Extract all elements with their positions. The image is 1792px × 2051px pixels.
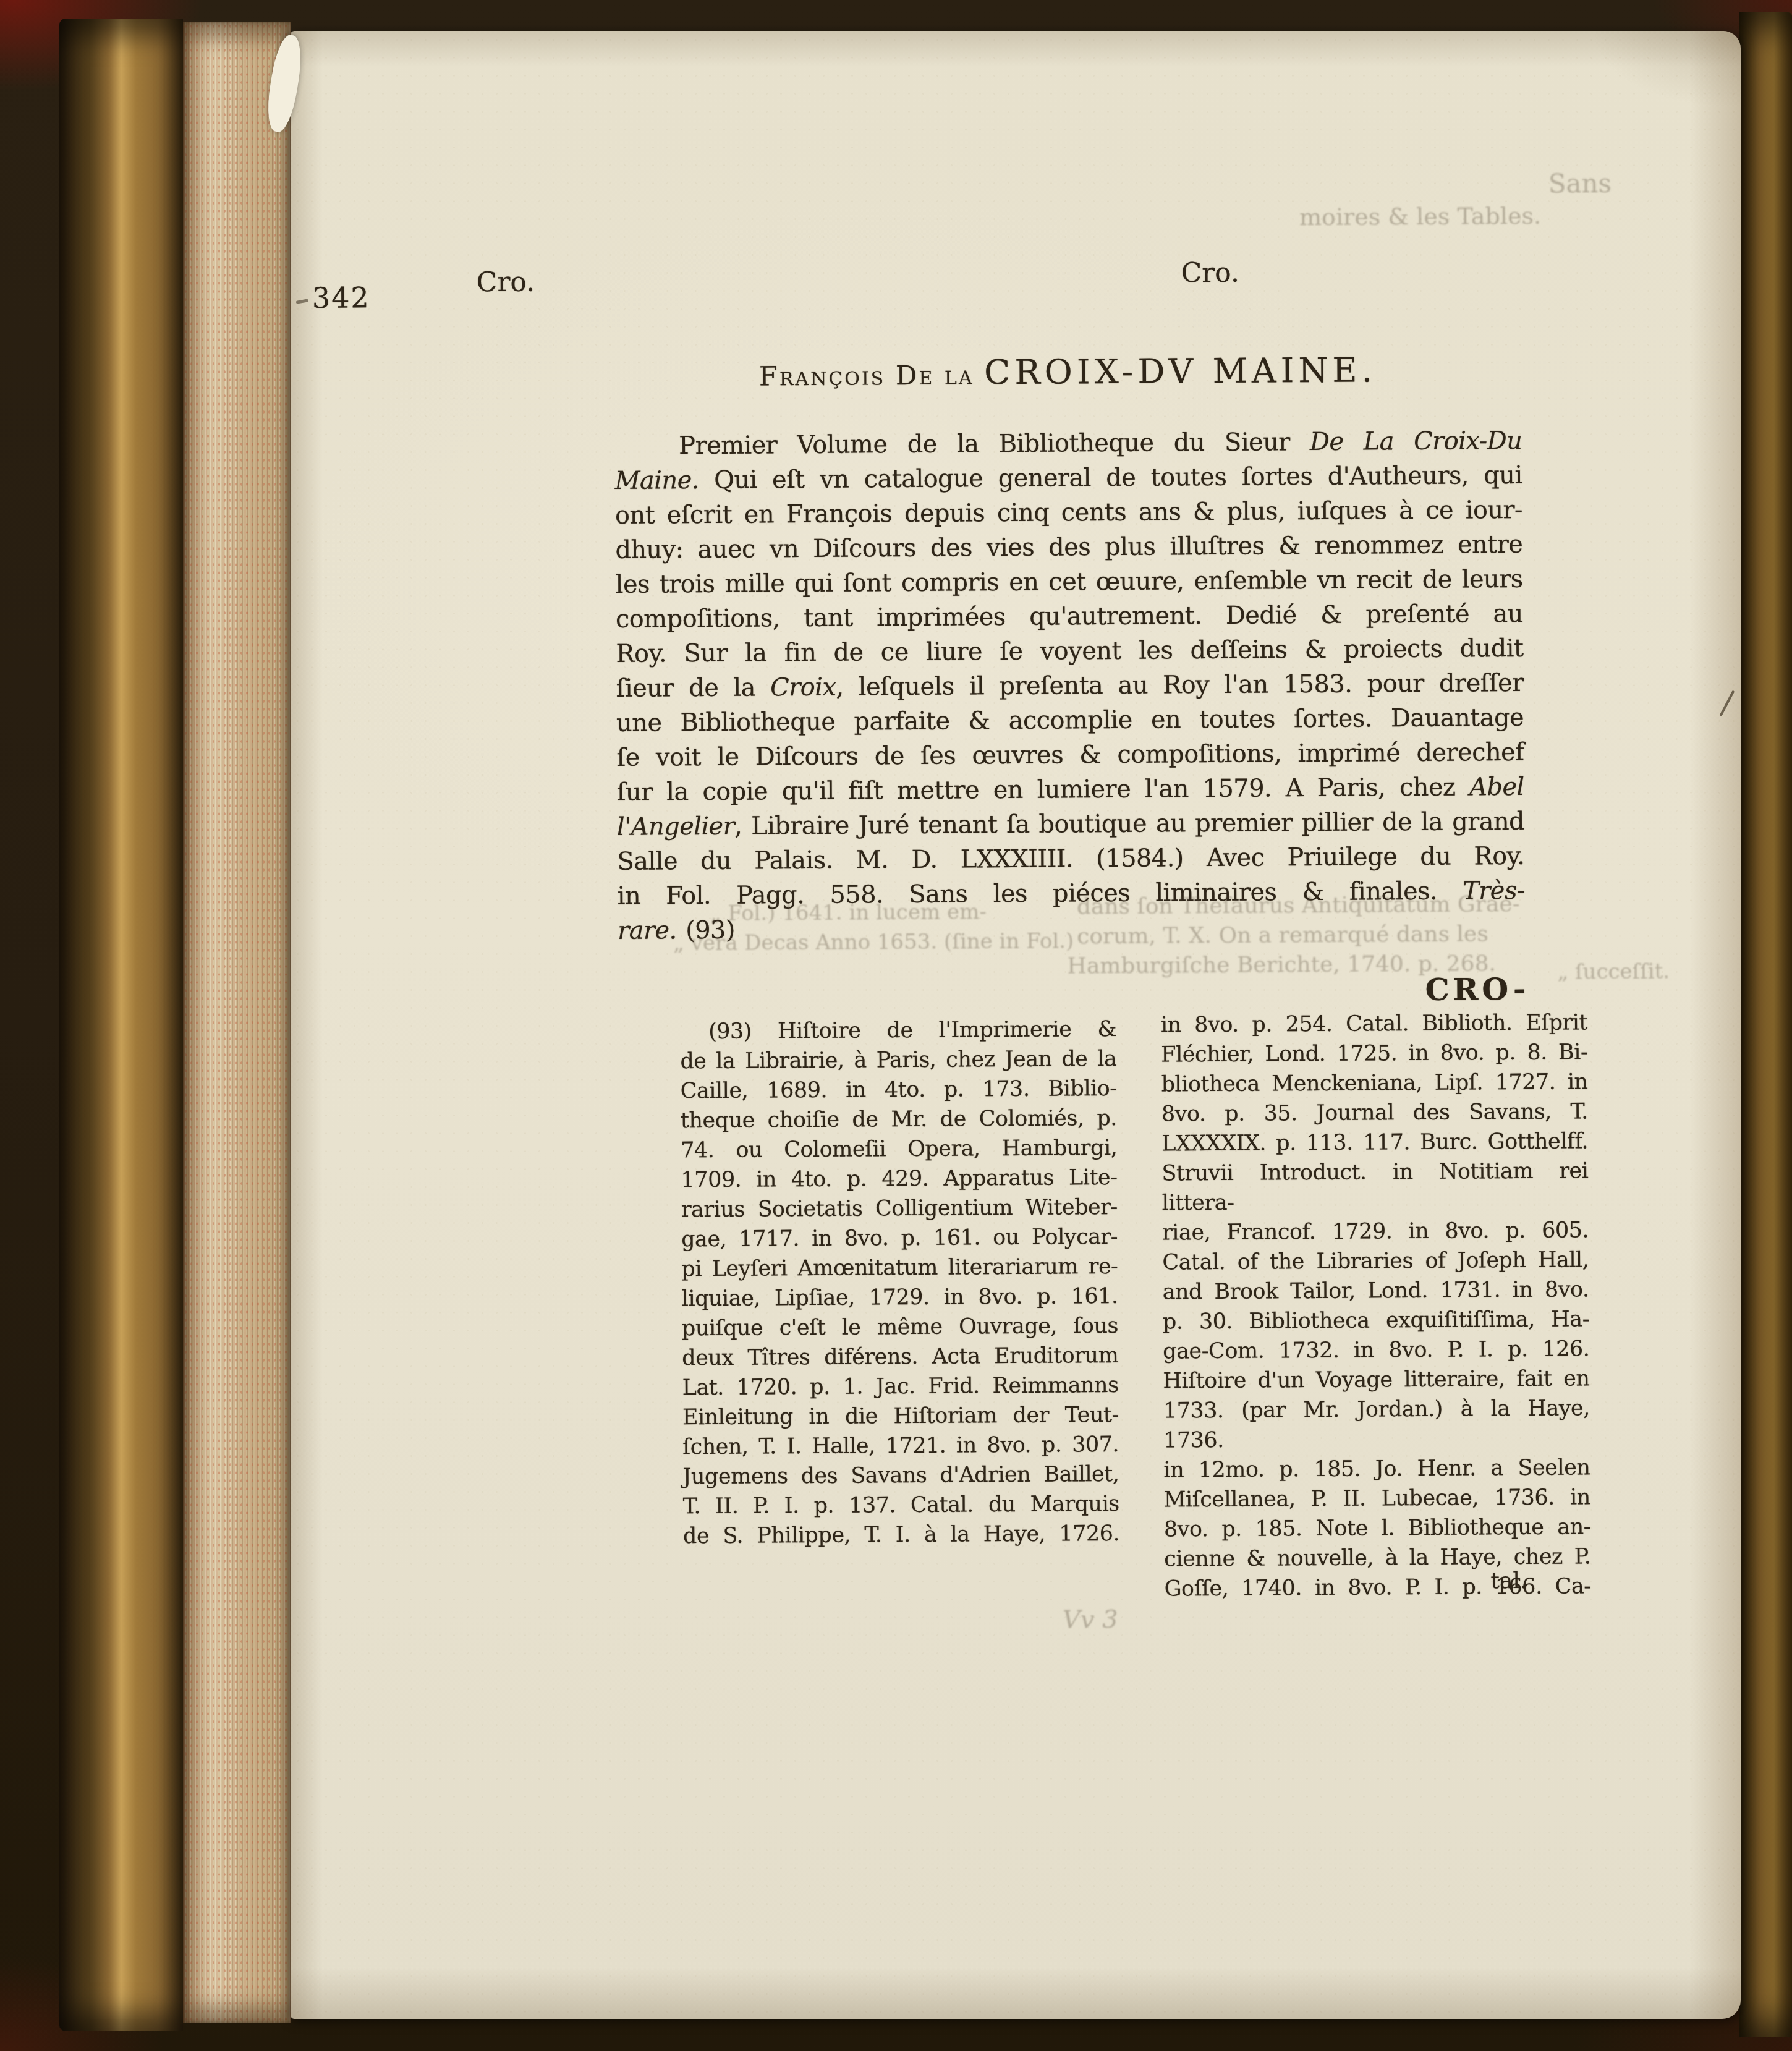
- text-segment: ſieur de la: [616, 673, 771, 703]
- text-line: Catal. of the Libraries of Joſeph Hall,: [1162, 1245, 1589, 1277]
- text-line: une Bibliotheque parfaite & accomplie en…: [616, 700, 1524, 741]
- ghost-fragment: Sans: [1548, 168, 1612, 199]
- text-line: 1709. in 4to. p. 429. Apparatus Lite-: [681, 1163, 1117, 1195]
- text-line: Struvii Introduct. in Notitiam rei litte…: [1161, 1156, 1589, 1218]
- text-line: puiſque c'eſt le même Ouvrage, ſous: [682, 1311, 1118, 1343]
- text-segment: compoſitions, tant imprimées qu'autremen…: [616, 600, 1523, 634]
- footnote-column-right: in 8vo. p. 254. Catal. Biblioth. EſpritF…: [1161, 1008, 1591, 1603]
- text-line: p. 30. Bibliotheca exquiſitiſſima, Ha-: [1163, 1304, 1589, 1336]
- text-segment: ſur la copie qu'il fiſt mettre en lumier…: [617, 773, 1470, 807]
- text-line: dhuy: auec vn Diſcours des vies des plus…: [615, 527, 1522, 567]
- text-segment: rare.: [618, 916, 677, 945]
- text-line: Lat. 1720. p. 1. Jac. Frid. Reimmanns: [682, 1370, 1118, 1403]
- catchword-footnote: tal.: [1490, 1568, 1527, 1594]
- text-line: liquiae, Lipſiae, 1729. in 8vo. p. 161.: [682, 1281, 1118, 1314]
- ghost-fragment: dans ſon Theſaurus Antiquitatum Grae-: [1077, 891, 1520, 919]
- text-line: deux Tîtres diférens. Acta Eruditorum: [682, 1341, 1118, 1373]
- spine-side-strip: [1739, 12, 1792, 2037]
- text-line: LXXXXIX. p. 113. 117. Burc. Gotthelff.: [1161, 1126, 1588, 1158]
- text-segment: Roy. Sur la fin de ce liure ſe voyent le…: [616, 634, 1523, 668]
- page-number: 342: [312, 281, 370, 315]
- heading-name-smallcaps: François De la: [759, 360, 985, 392]
- text-line: pi Leyſeri Amœnitatum literariarum re-: [681, 1252, 1118, 1284]
- text-segment: l'Angelier: [617, 812, 734, 841]
- ghost-fragment: „ Fol.) 1641. in lucem em-: [710, 899, 987, 926]
- running-header-left: Cro.: [476, 266, 535, 299]
- ghost-fragment: Hamburgiſche Berichte, 1740. p. 268.: [1067, 951, 1496, 979]
- text-segment: ſe voit le Diſcours de ſes œuvres & comp…: [616, 738, 1524, 772]
- footnote-column-left: (93) Hiſtoire de l'Imprimerie &de la Lib…: [680, 1014, 1119, 1551]
- text-segment: Premier Volume de la Bibliotheque du Sie…: [679, 428, 1310, 460]
- text-segment: , Libraire Juré tenant ſa boutique au pr…: [734, 807, 1524, 841]
- text-line: l'Angelier, Libraire Juré tenant ſa bout…: [617, 804, 1524, 844]
- text-segment: les trois mille qui ſont compris en cet …: [615, 565, 1522, 599]
- text-line: les trois mille qui ſont compris en cet …: [615, 562, 1522, 602]
- text-segment: ont eſcrit en François depuis cinq cents…: [615, 496, 1522, 530]
- running-header-right: Cro.: [1181, 257, 1239, 289]
- text-segment: Salle du Palais. M. D. LXXXIIII. (1584.)…: [617, 842, 1524, 876]
- ghost-fragment: corum, T. X. On a remarqué dans les: [1077, 921, 1488, 949]
- text-line: rarius Societatis Colligentium Witeber-: [681, 1192, 1118, 1225]
- text-line: 8vo. p. 35. Journal des Savans, T.: [1161, 1097, 1588, 1129]
- text-line: ſieur de la Croix, leſquels il preſenta …: [616, 666, 1523, 706]
- text-line: Einleitung in die Hiſtoriam der Teut-: [682, 1400, 1119, 1432]
- text-line: 8vo. p. 185. Note l. Bibliotheque an-: [1164, 1512, 1590, 1544]
- text-line: 74. ou Colomeſii Opera, Hamburgi,: [681, 1133, 1117, 1165]
- text-line: theque choiſie de Mr. de Colomiés, p.: [681, 1103, 1117, 1136]
- text-line: T. II. P. I. p. 137. Catal. du Marquis: [683, 1489, 1119, 1521]
- text-line: Roy. Sur la fin de ce liure ſe voyent le…: [616, 631, 1523, 671]
- text-line: Hiſtoire d'un Voyage litteraire, fait en: [1163, 1364, 1589, 1396]
- ghost-fragment: „ ſucceſſit.: [1557, 959, 1670, 985]
- heading-name-caps: CROIX-DV MAINE.: [984, 350, 1377, 392]
- page-content: 342 Cro. Cro. François De la CROIX-DV MA…: [284, 27, 1747, 2023]
- text-line: in 8vo. p. 254. Catal. Biblioth. Eſprit: [1161, 1008, 1587, 1040]
- stray-dash-mark: [296, 299, 309, 304]
- ghost-fragment: „ vera Decas Anno 1653. (ſine in Fol.): [673, 928, 1074, 956]
- text-segment: De La Croix-Du: [1310, 427, 1522, 456]
- text-line: 1733. (par Mr. Jordan.) à la Haye, 1736.: [1163, 1393, 1590, 1455]
- text-line: riae, Francof. 1729. in 8vo. p. 605.: [1162, 1215, 1589, 1247]
- text-segment: une Bibliotheque parfaite & accomplie en…: [616, 703, 1524, 737]
- text-line: and Brook Tailor, Lond. 1731. in 8vo.: [1163, 1275, 1589, 1307]
- text-line: Premier Volume de la Bibliotheque du Sie…: [614, 423, 1522, 464]
- text-segment: Abel: [1469, 773, 1524, 802]
- text-segment: Maine.: [614, 466, 699, 495]
- book-photo-canvas: 342 Cro. Cro. François De la CROIX-DV MA…: [0, 0, 1792, 2051]
- text-line: de la Librairie, à Paris, chez Jean de l…: [680, 1044, 1116, 1076]
- text-line: ſur la copie qu'il fiſt mettre en lumier…: [617, 770, 1524, 810]
- text-line: Fléchier, Lond. 1725. in 8vo. p. 8. Bi-: [1161, 1037, 1587, 1069]
- text-line: Salle du Palais. M. D. LXXXIIII. (1584.)…: [617, 839, 1524, 879]
- text-segment: Croix: [770, 673, 836, 702]
- text-line: Maine. Qui eſt vn catalogue general de t…: [614, 458, 1522, 498]
- stray-ink-mark: [1719, 690, 1735, 717]
- text-line: de S. Philippe, T. I. à la Haye, 1726.: [683, 1519, 1119, 1551]
- text-line: Miſcellanea, P. II. Lubecae, 1736. in: [1164, 1482, 1590, 1514]
- text-segment: Qui eſt vn catalogue general de toutes ſ…: [699, 461, 1522, 495]
- ghost-fragment: Vv 3: [1063, 1605, 1118, 1634]
- text-line: bliotheca Menckeniana, Lipſ. 1727. in: [1161, 1067, 1587, 1099]
- ghost-fragment: moires & les Tables.: [1299, 202, 1541, 231]
- text-line: in 12mo. p. 185. Jo. Henr. a Seelen: [1163, 1453, 1590, 1485]
- text-line: ont eſcrit en François depuis cinq cents…: [615, 493, 1522, 533]
- text-line: gae-Com. 1732. in 8vo. P. I. p. 126.: [1163, 1334, 1589, 1366]
- text-line: Jugemens des Savans d'Adrien Baillet,: [682, 1459, 1119, 1492]
- text-line: ſe voit le Diſcours de ſes œuvres & comp…: [616, 735, 1524, 775]
- text-line: Caille, 1689. in 4to. p. 173. Biblio-: [680, 1074, 1116, 1106]
- text-segment: , leſquels il preſenta au Roy l'an 1583.…: [836, 669, 1524, 702]
- text-line: (93) Hiſtoire de l'Imprimerie &: [680, 1014, 1116, 1047]
- text-line: compoſitions, tant imprimées qu'autremen…: [616, 597, 1523, 637]
- page-block-fore-edge: [183, 22, 291, 2023]
- leather-board-edge: [59, 19, 183, 2031]
- text-line: ſchen, T. I. Halle, 1721. in 8vo. p. 307…: [682, 1430, 1119, 1462]
- article-heading: François De la CROIX-DV MAINE.: [614, 349, 1521, 394]
- text-segment: dhuy: auec vn Diſcours des vies des plus…: [615, 530, 1522, 564]
- text-line: gae, 1717. in 8vo. p. 161. ou Polycar-: [681, 1222, 1118, 1254]
- main-paragraph: Premier Volume de la Bibliotheque du Sie…: [614, 423, 1525, 948]
